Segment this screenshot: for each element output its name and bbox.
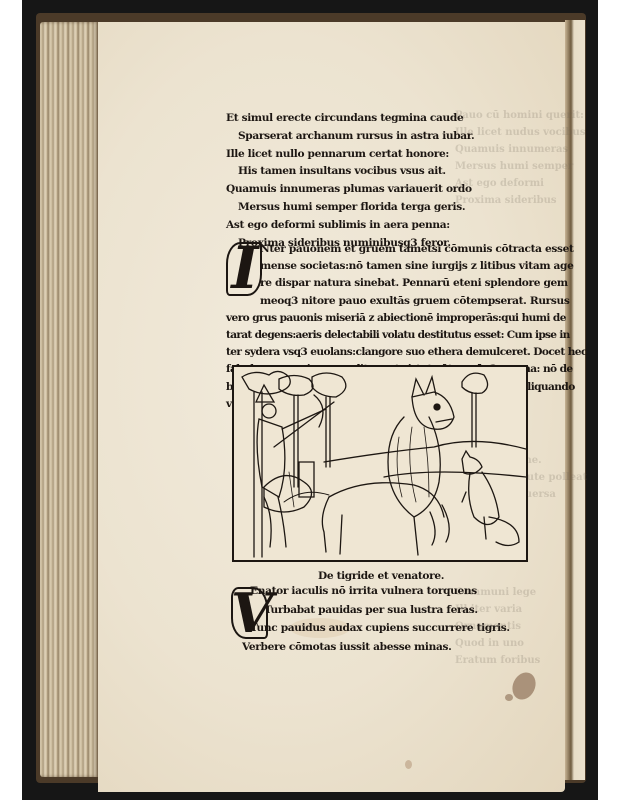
tiger-and-hunter-woodcut: [234, 367, 526, 560]
verse-block: Et simul erecte circundans tegmina caude…: [226, 110, 474, 252]
prose-line: re dispar natura sinebat. Pennarū eteni …: [226, 275, 587, 292]
woodcut-illustration: [232, 365, 528, 562]
verse-line: Sparserat archanum rursus in astra iubar…: [226, 128, 474, 146]
fable-verse-line: Turbabat pauidas per sua lustra feras.: [228, 601, 510, 620]
verse-line: Mersus humi semper florida terga geris.: [226, 199, 474, 217]
verse-line: Quamuis innumeras plumas variauerit ordo: [226, 181, 474, 199]
verse-line: His tamen insultans vocibus vsus ait.: [226, 163, 474, 181]
prose-line: mense societas:nō tamen sine iurgijs z l…: [226, 258, 587, 275]
fable-verse-block: Enator iaculis nō irrita vulnera torquen…: [228, 582, 510, 656]
foxing-spot: [405, 760, 412, 769]
fable-verse-line: Enator iaculis nō irrita vulnera torquen…: [228, 582, 510, 601]
prose-line: vero grus pauonis miseriā z abiectionē i…: [226, 310, 587, 327]
fable-verse-line: Tunc pauidus audax cupiens succurrere ti…: [228, 619, 510, 638]
fable-verse-line: Verbere cōmotas iussit abesse minas.: [228, 638, 510, 657]
prose-line: ter sydera vsq3 euolans:clangore suo eth…: [226, 344, 587, 361]
prose-line: meoq3 nitore pauo exultās gruem cōtempse…: [226, 293, 587, 310]
page-fore-edge: [40, 22, 98, 777]
ink-stain-small: [505, 694, 513, 701]
prose-line: tarat degens:aeris delectabili volatu de…: [226, 327, 587, 344]
verse-line: Et simul erecte circundans tegmina caude: [226, 110, 474, 128]
bleed-through-text: Pauo cū homini querit: Ille licet nudus …: [455, 107, 585, 209]
verse-line: Ille licet nullo pennarum certat honore:: [226, 146, 474, 164]
verse-line: Ast ego deformi sublimis in aera penna:: [226, 217, 474, 235]
prose-line: Nter pauonem et gruem tametsi cōmunis cō…: [226, 241, 587, 258]
